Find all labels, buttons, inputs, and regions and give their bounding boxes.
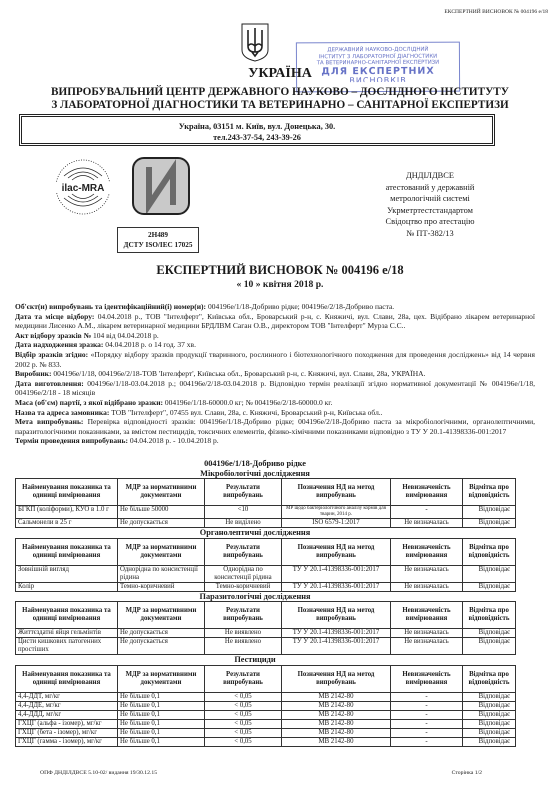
table-cell: Відповідає [463, 701, 516, 710]
field-row: Дата та місце відбору: 04.04.2018 р., ТО… [15, 312, 535, 331]
field-label: Дата виготовлення: [15, 379, 84, 388]
field-label: Відбір зразків згідно: [15, 350, 88, 359]
table-cell: Сальмонели в 25 г [16, 519, 118, 528]
field-label: Назва та адреса замовника: [15, 408, 109, 417]
top-reference: ЕКСПЕРТНИЙ ВИСНОВОК № 004196 е/18 [444, 9, 548, 15]
table-cell: ГХЦГ (гамма - ізомер), мг/кг [16, 737, 118, 746]
column-header: Найменування показника та одиниці вимірю… [16, 479, 118, 506]
column-header: Позначення НД на метод випробувань [282, 665, 391, 692]
org-line: З ЛАБОРАТОРНОЇ ДІАГНОСТИКИ ТА ВЕТЕРИНАРН… [0, 99, 560, 112]
field-value: 04.04.2018 р. о 14 год. 37 хв. [103, 340, 196, 349]
field-value: Перевірка відповідності зразків: 004196е… [15, 417, 535, 436]
table-cell: МВ 2142-80 [282, 710, 391, 719]
table-cell: 4,4-ДДЕ, мг/кг [16, 701, 118, 710]
table-cell: ТУ У 20.1-41398336-001:2017 [282, 565, 391, 582]
table-row: Цисти кишкових патогенних простішихНе до… [16, 638, 516, 655]
results-table: Найменування показника та одиниці вимірю… [15, 601, 516, 655]
column-header: МДР за нормативними документами [118, 479, 205, 506]
field-row: Акт відбору зразків № 104 від 04.04.2018… [15, 331, 535, 341]
table-cell: ТУ У 20.1-41398336-001:2017 [282, 629, 391, 638]
table-cell: - [391, 710, 463, 719]
field-label: Дата надходження зразка: [15, 340, 103, 349]
table-cell: Не визначалась [391, 565, 463, 582]
table-cell: ISO 6579-1:2017 [282, 519, 391, 528]
table-cell: Не більше 0,1 [118, 701, 205, 710]
field-value: 004196е/1/18-60000.0 кг; № 004196е/2/18-… [163, 398, 332, 407]
table-cell: Не більше 0,1 [118, 710, 205, 719]
table-cell: Відповідає [463, 737, 516, 746]
table-cell: БГКП (коліформи), КУО в 1.0 г [16, 506, 118, 519]
table-row: КолірТемно-коричневийТемно-коричневийТУ … [16, 582, 516, 591]
field-label: Термін проведення випробувань: [15, 436, 128, 445]
results-tables: 004196е/1/18-Добриво рідке Мікробіологіч… [15, 459, 495, 747]
table-cell: Не допускається [118, 638, 205, 655]
table-cell: Не більше 0,1 [118, 692, 205, 701]
table-cell: Не виявлено [205, 638, 282, 655]
field-label: Об'єкт(и) випробувань та ідентифікаційни… [15, 302, 206, 311]
section-title: Органолептичні дослідження [15, 528, 495, 538]
results-table: Найменування показника та одиниці вимірю… [15, 665, 516, 747]
field-row: Дата надходження зразка: 04.04.2018 р. о… [15, 340, 535, 350]
table-row: Життєздатні яйця гельмінтівНе допускаєть… [16, 629, 516, 638]
field-row: Об'єкт(и) випробувань та ідентифікаційни… [15, 302, 535, 312]
table-cell: Відповідає [463, 692, 516, 701]
table-row: ГХЦГ (альфа - ізомер), мг/кгНе більше 0,… [16, 719, 516, 728]
table-cell: Не визначалась [391, 629, 463, 638]
table-cell: Відповідає [463, 582, 516, 591]
table-cell: <10 [205, 506, 282, 519]
cert-line: метрологічній системі [355, 193, 505, 205]
table-row: 4,4-ДДТ, мг/кгНе більше 0,1< 0,05МВ 2142… [16, 692, 516, 701]
section-title: Пестициди [15, 655, 495, 665]
table-cell: - [391, 728, 463, 737]
column-header: Відмітка про відповідність [463, 665, 516, 692]
accreditation-standard: ДСТУ ISO/IEC 17025 [118, 240, 198, 250]
field-value: 004196е/1/18-03.04.2018 р.; 004196е/2/18… [15, 379, 535, 398]
column-header: Позначення НД на метод випробувань [282, 602, 391, 629]
table-cell: Відповідає [463, 629, 516, 638]
table-cell: - [391, 719, 463, 728]
table-cell: Не виділено [205, 519, 282, 528]
table-cell: 4,4-ДДТ, мг/кг [16, 692, 118, 701]
column-header: Позначення НД на метод випробувань [282, 538, 391, 565]
field-value: 104 від 04.04.2018 р. [91, 331, 159, 340]
table-cell: Відповідає [463, 506, 516, 519]
table-cell: - [391, 692, 463, 701]
table-cell: Не допускається [118, 629, 205, 638]
table-cell: < 0,05 [205, 701, 282, 710]
address-box: Україна, 03151 м. Київ, вул. Донецька, 3… [19, 114, 495, 146]
table-cell: Не більше 0,1 [118, 737, 205, 746]
field-row: Термін проведення випробувань: 04.04.201… [15, 436, 535, 446]
field-row: Мета випробувань: Перевірка відповідност… [15, 417, 535, 436]
table-cell: Не більше 0,1 [118, 719, 205, 728]
results-table: Найменування показника та одиниці вимірю… [15, 538, 516, 592]
results-table: Найменування показника та одиниці вимірю… [15, 478, 516, 528]
column-header: Результати випробувань [205, 665, 282, 692]
table-cell: Відповідає [463, 565, 516, 582]
section-title: Паразитологічні дослідження [15, 592, 495, 602]
table-row: Зовнішній виглядОднорідна по консистенці… [16, 565, 516, 582]
table-cell: Відповідає [463, 710, 516, 719]
accreditation-number: 2Н489 [118, 230, 198, 240]
table-cell: < 0,05 [205, 728, 282, 737]
field-value: 004196е/1/18, 004196е/2/18-ТОВ 'Інтелфер… [51, 369, 425, 378]
table-cell: Не визначалась [391, 519, 463, 528]
accreditation-box: 2Н489 ДСТУ ISO/IEC 17025 [117, 227, 199, 253]
table-cell: < 0,05 [205, 737, 282, 746]
table-cell: Колір [16, 582, 118, 591]
page-number: Сторінка 1/2 [452, 770, 482, 776]
column-header: Позначення НД на метод випробувань [282, 479, 391, 506]
field-value: 04.04.2018 р. - 10.04.2018 р. [128, 436, 219, 445]
cert-line: Свідоцтво про атестацію [355, 216, 505, 228]
field-label: Виробник: [15, 369, 51, 378]
table-cell: Відповідає [463, 638, 516, 655]
document-title: ЕКСПЕРТНИЙ ВИСНОВОК № 004196 е/18 [0, 263, 560, 278]
table-cell: 4,4-ДДД, мг/кг [16, 710, 118, 719]
field-value: ТОВ "Інтелферт", 07455 вул. Слави, 28а, … [109, 408, 382, 417]
table-cell: ТУ У 20.1-41398336-001:2017 [282, 582, 391, 591]
table-cell: МВ 2142-80 [282, 728, 391, 737]
table-cell: Не виявлено [205, 629, 282, 638]
field-value: 004196е/1/18-Добриво рідке; 004196е/2/18… [206, 302, 394, 311]
column-header: МДР за нормативними документами [118, 602, 205, 629]
certification-block: ДНДІЛДВСЕ атестований у державній метрол… [355, 170, 505, 240]
column-header: Найменування показника та одиниці вимірю… [16, 602, 118, 629]
column-header: Результати випробувань [205, 479, 282, 506]
table-cell: МВ 2142-80 [282, 692, 391, 701]
table-cell: Не визначалась [391, 582, 463, 591]
column-header: Відмітка про відповідність [463, 538, 516, 565]
column-header: Відмітка про відповідність [463, 479, 516, 506]
table-cell: Цисти кишкових патогенних простіших [16, 638, 118, 655]
form-code: ОПФ ДНДІЛДВСЕ 5.10-02/ видання 19/30.12.… [40, 770, 157, 776]
table-cell: Зовнішній вигляд [16, 565, 118, 582]
table-cell: МВ 2142-80 [282, 719, 391, 728]
table-cell: Однорідна по консистенції рідина [205, 565, 282, 582]
table-cell: Однорідна по консистенції рідина [118, 565, 205, 582]
cert-line: атестований у державній [355, 182, 505, 194]
svg-text:ilac-MRA: ilac-MRA [62, 183, 105, 194]
table-cell: МВ 2142-80 [282, 737, 391, 746]
coat-of-arms-icon [240, 22, 270, 62]
column-header: Найменування показника та одиниці вимірю… [16, 538, 118, 565]
phone: тел.243-37-54, 243-39-26 [22, 132, 492, 143]
column-header: Невизначеність вимірювання [391, 479, 463, 506]
field-label: Мета випробувань: [15, 417, 83, 426]
org-line: ВИПРОБУВАЛЬНИЙ ЦЕНТР ДЕРЖАВНОГО НАУКОВО … [0, 86, 560, 99]
organization-name: ВИПРОБУВАЛЬНИЙ ЦЕНТР ДЕРЖАВНОГО НАУКОВО … [0, 86, 560, 112]
table-row: 4,4-ДДД, мг/кгНе більше 0,1< 0,05МВ 2142… [16, 710, 516, 719]
column-header: Невизначеність вимірювання [391, 538, 463, 565]
table-cell: Відповідає [463, 719, 516, 728]
column-header: Невизначеність вимірювання [391, 665, 463, 692]
table-row: 4,4-ДДЕ, мг/кгНе більше 0,1< 0,05МВ 2142… [16, 701, 516, 710]
table-row: ГХЦГ (гамма - ізомер), мг/кгНе більше 0,… [16, 737, 516, 746]
table-cell: - [391, 506, 463, 519]
table-cell: Не визначалась [391, 638, 463, 655]
field-label: Маса (об'єм) партії, з якої відібрано зр… [15, 398, 163, 407]
table-cell: < 0,05 [205, 692, 282, 701]
column-header: Найменування показника та одиниці вимірю… [16, 665, 118, 692]
table-cell: МВ 2142-80 [282, 701, 391, 710]
column-header: Результати випробувань [205, 602, 282, 629]
table-cell: ТУ У 20.1-41398336-001:2017 [282, 638, 391, 655]
table-cell: Темно-коричневий [118, 582, 205, 591]
column-header: МДР за нормативними документами [118, 538, 205, 565]
table-cell: Життєздатні яйця гельмінтів [16, 629, 118, 638]
address: Україна, 03151 м. Київ, вул. Донецька, 3… [22, 121, 492, 132]
table-cell: < 0,05 [205, 710, 282, 719]
table-cell: ГХЦГ (бета - ізомер), мг/кг [16, 728, 118, 737]
table-cell: Не більше 50000 [118, 506, 205, 519]
table-cell: - [391, 701, 463, 710]
field-row: Дата виготовлення: 004196е/1/18-03.04.20… [15, 379, 535, 398]
table-row: БГКП (коліформи), КУО в 1.0 гНе більше 5… [16, 506, 516, 519]
column-header: Невизначеність вимірювання [391, 602, 463, 629]
column-header: Результати випробувань [205, 538, 282, 565]
accreditation-logo [132, 157, 190, 215]
section-title: Мікробіологічні дослідження [15, 469, 495, 479]
table-cell: Не допускається [118, 519, 205, 528]
field-row: Маса (об'єм) партії, з якої відібрано зр… [15, 398, 535, 408]
table-cell: < 0,05 [205, 719, 282, 728]
table-cell: - [391, 737, 463, 746]
sample-title: 004196е/1/18-Добриво рідке [15, 459, 495, 469]
field-label: Акт відбору зразків № [15, 331, 91, 340]
field-row: Відбір зразків згідно: «Порядку відбору … [15, 350, 535, 369]
field-value: «Порядку відбору зразків продукції твари… [15, 350, 535, 369]
cert-line: № ПТ-382/13 [355, 228, 505, 240]
cert-line: Укрметртестстандартом [355, 205, 505, 217]
table-row: Сальмонели в 25 гНе допускаєтьсяНе виділ… [16, 519, 516, 528]
table-cell: МР щодо бактеріологічного аналізу кормів… [282, 506, 391, 519]
country-heading: УКРАЇНА [0, 66, 560, 82]
ilac-mra-logo: ilac-MRA [54, 158, 112, 216]
table-cell: Не більше 0,1 [118, 728, 205, 737]
field-label: Дата та місце відбору: [15, 312, 94, 321]
cert-line: ДНДІЛДВСЕ [355, 170, 505, 182]
table-cell: Відповідає [463, 728, 516, 737]
column-header: Відмітка про відповідність [463, 602, 516, 629]
column-header: МДР за нормативними документами [118, 665, 205, 692]
table-row: ГХЦГ (бета - ізомер), мг/кгНе більше 0,1… [16, 728, 516, 737]
document-fields: Об'єкт(и) випробувань та ідентифікаційни… [15, 302, 535, 446]
table-cell: Темно-коричневий [205, 582, 282, 591]
field-row: Виробник: 004196е/1/18, 004196е/2/18-ТОВ… [15, 369, 535, 379]
table-cell: ГХЦГ (альфа - ізомер), мг/кг [16, 719, 118, 728]
table-cell: Відповідає [463, 519, 516, 528]
field-row: Назва та адреса замовника: ТОВ "Інтелфер… [15, 408, 535, 418]
document-date: « 10 » квітня 2018 р. [0, 279, 560, 290]
